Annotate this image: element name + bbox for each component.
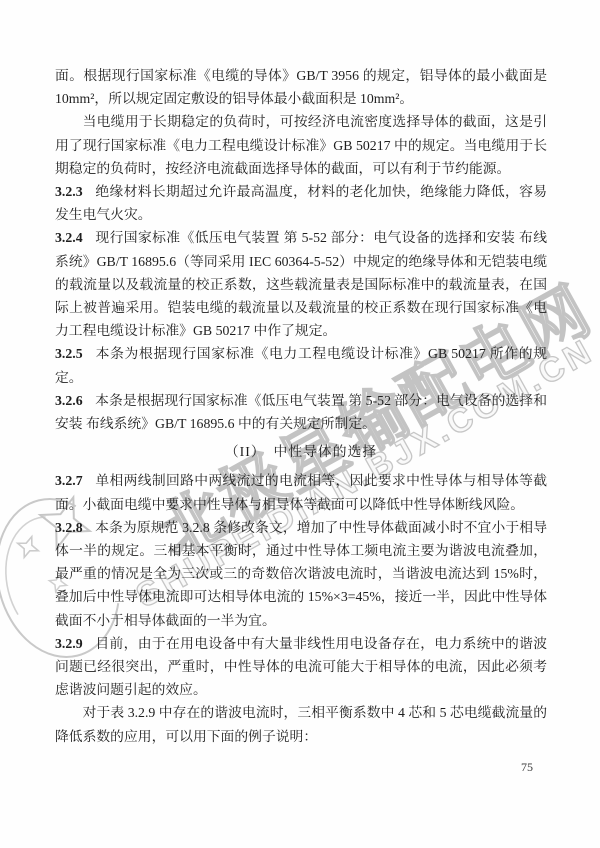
paragraph-text: 本条是根据现行国家标准《低压电气装置 第 5-52 部分：电气设备的选择和安装 … xyxy=(55,393,547,431)
clause-3-2-8: 3.2.8本条为原规范 3.2.8 条修改条文，增加了中性导体截面减小时不宜小于… xyxy=(55,516,547,632)
section-heading: （II） 中性导体的选择 xyxy=(55,440,547,463)
clause-3-2-7: 3.2.7单相两线制回路中两线流过的电流相等，因此要求中性导体与相导体等截面。小… xyxy=(55,469,547,515)
paragraph-text: 目前，由于在用电设备中有大量非线性用电设备存在，电力系统中的谐波问题已经很突出，… xyxy=(55,636,547,697)
paragraph-text: （II） 中性导体的选择 xyxy=(225,444,377,459)
clause-number: 3.2.3 xyxy=(55,184,83,199)
body-paragraph: 面。根据现行国家标准《电缆的导体》GB/T 3956 的规定，铝导体的最小截面是… xyxy=(55,64,547,110)
page-number: 75 xyxy=(521,760,533,775)
body-paragraph: 对于表 3.2.9 中存在的谐波电流时，三相平衡系数中 4 芯和 5 芯电缆截流… xyxy=(55,701,547,747)
clause-number: 3.2.6 xyxy=(55,393,83,408)
document-body: 面。根据现行国家标准《电缆的导体》GB/T 3956 的规定，铝导体的最小截面是… xyxy=(55,64,547,748)
clause-3-2-3: 3.2.3绝缘材料长期超过允许最高温度，材料的老化加快，绝缘能力降低，容易发生电… xyxy=(55,180,547,226)
clause-number: 3.2.4 xyxy=(55,230,83,245)
clause-number: 3.2.9 xyxy=(55,636,83,651)
clause-number: 3.2.5 xyxy=(55,346,83,361)
clause-number: 3.2.7 xyxy=(55,473,83,488)
paragraph-text: 对于表 3.2.9 中存在的谐波电流时，三相平衡系数中 4 芯和 5 芯电缆截流… xyxy=(55,705,547,743)
paragraph-text: 面。根据现行国家标准《电缆的导体》GB/T 3956 的规定，铝导体的最小截面是… xyxy=(55,68,547,106)
paragraph-text: 本条为原规范 3.2.8 条修改条文，增加了中性导体截面减小时不宜小于相导体一半… xyxy=(55,520,547,628)
paragraph-text: 本条为根据现行国家标准《电力工程电缆设计标准》GB 50217 所作的规定。 xyxy=(55,346,547,384)
clause-3-2-5: 3.2.5本条为根据现行国家标准《电力工程电缆设计标准》GB 50217 所作的… xyxy=(55,342,547,388)
document-page: 北极星输配电网 SHUPEIDIAN.BJX.COM.CN 面。根据现行国家标准… xyxy=(0,0,600,848)
body-paragraph: 当电缆用于长期稳定的负荷时，可按经济电流密度选择导体的截面，这是引用了现行国家标… xyxy=(55,110,547,180)
clause-3-2-6: 3.2.6本条是根据现行国家标准《低压电气装置 第 5-52 部分：电气设备的选… xyxy=(55,389,547,435)
paragraph-text: 当电缆用于长期稳定的负荷时，可按经济电流密度选择导体的截面，这是引用了现行国家标… xyxy=(55,114,547,175)
paragraph-text: 现行国家标准《低压电气装置 第 5-52 部分：电气设备的选择和安装 布线系统》… xyxy=(55,230,547,338)
clause-3-2-9: 3.2.9目前，由于在用电设备中有大量非线性用电设备存在，电力系统中的谐波问题已… xyxy=(55,632,547,702)
paragraph-text: 绝缘材料长期超过允许最高温度，材料的老化加快，绝缘能力降低，容易发生电气火灾。 xyxy=(55,184,547,222)
paragraph-text: 单相两线制回路中两线流过的电流相等，因此要求中性导体与相导体等截面。小截面电缆中… xyxy=(55,473,547,511)
clause-number: 3.2.8 xyxy=(55,520,83,535)
clause-3-2-4: 3.2.4现行国家标准《低压电气装置 第 5-52 部分：电气设备的选择和安装 … xyxy=(55,226,547,342)
